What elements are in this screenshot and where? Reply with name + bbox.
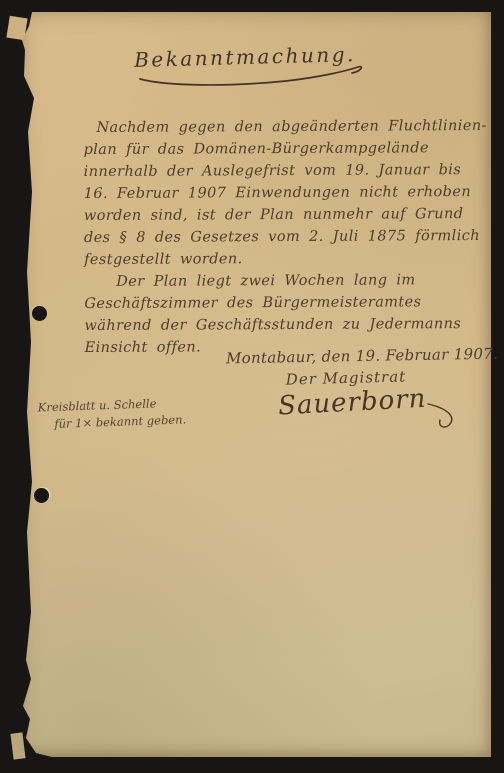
handwritten-line: innerhalb der Auslegefrist vom 19. Janua…: [84, 159, 488, 183]
handwritten-line: während der Geschäftsstunden zu Jederman…: [84, 313, 488, 337]
handwritten-line: des § 8 des Gesetzes vom 2. Juli 1875 fö…: [84, 225, 488, 249]
paper-torn-tab-bottom: [10, 732, 25, 759]
handwritten-line: worden sind, ist der Plan nunmehr auf Gr…: [84, 203, 488, 227]
handwritten-line: 16. Februar 1907 Einwendungen nicht erho…: [84, 181, 488, 205]
scanner-background: Bekanntmachung. Nachdem gegen den abgeän…: [0, 0, 504, 773]
handwritten-line: festgestellt worden.: [84, 247, 488, 271]
document-body: Nachdem gegen den abgeänderten Fluchtlin…: [83, 115, 488, 359]
handwritten-line: plan für das Domänen-Bürgerkampgelände: [83, 137, 487, 161]
signature-flourish: [278, 398, 478, 432]
punch-hole-bottom: [34, 488, 49, 503]
handwritten-line: Nachdem gegen den abgeänderten Fluchtlin…: [83, 115, 487, 139]
margin-note: Kreisblatt u. Schelle für 1× bekannt geb…: [37, 393, 238, 434]
handwritten-line: Der Plan liegt zwei Wochen lang im: [84, 269, 488, 293]
handwritten-line: Geschäftszimmer des Bürgermeisteramtes: [84, 291, 488, 315]
punch-hole-top: [32, 306, 47, 321]
scanned-document-view: { "page": { "background_color": "#181614…: [0, 0, 504, 773]
title-underline-flourish: [136, 63, 372, 89]
